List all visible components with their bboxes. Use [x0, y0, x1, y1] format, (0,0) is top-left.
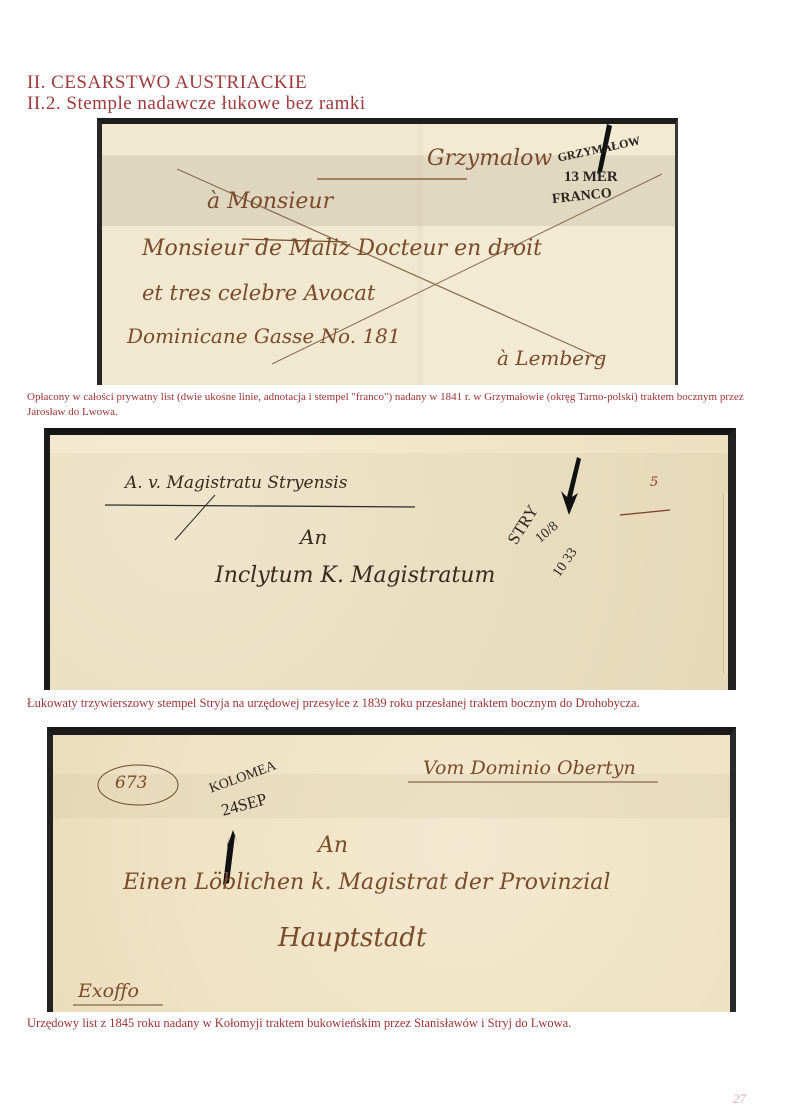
letter-image-grzymalow: Grzymalow à Monsieur Monsieur de Maliz D…	[97, 118, 678, 385]
address-line-1: An	[318, 833, 348, 858]
address-line-1: A. v. Magistratu Stryensis	[125, 473, 347, 493]
address-line-1: à Monsieur	[207, 189, 333, 214]
caption-letter-1: Opłacony w całości prywatny list (dwie u…	[27, 390, 777, 420]
address-line-2: An	[300, 525, 327, 549]
address-line-2: Einen Löblichen k. Magistrat der Provinz…	[123, 870, 610, 895]
origin-handwriting: Grzymalow	[427, 146, 552, 171]
address-line-3: Inclytum K. Magistratum	[215, 563, 495, 588]
oval-docket-number: 673	[115, 773, 147, 793]
page-number: 27	[733, 1091, 746, 1107]
section-title: II. CESARSTWO AUSTRIACKIE	[27, 72, 307, 94]
arrow-icon	[561, 457, 581, 515]
letter-image-stry: A. v. Magistratu Stryensis An Inclytum K…	[44, 428, 736, 690]
caption-letter-3: Urzędowy list z 1845 roku nadany w Kołom…	[27, 1016, 571, 1031]
address-line-2: Monsieur de Maliz Docteur en droit	[142, 236, 542, 261]
letter-image-kolomyja: 673 Vom Dominio Obertyn An Einen Löblich…	[47, 727, 736, 1012]
rate-mark: 5	[650, 475, 658, 490]
postmark-date: 13 MER	[564, 169, 618, 186]
address-line-4: Dominicane Gasse No. 181	[127, 324, 401, 348]
origin-handwriting: Vom Dominio Obertyn	[423, 757, 636, 779]
exoffo-note: Exoffo	[78, 980, 139, 1002]
subsection-title: II.2. Stemple nadawcze łukowe bez ramki	[27, 93, 366, 115]
address-line-3: Hauptstadt	[278, 923, 426, 953]
address-line-5: à Lemberg	[497, 346, 606, 370]
address-line-3: et tres celebre Avocat	[142, 281, 375, 305]
caption-letter-2: Łukowaty trzywierszowy stempel Stryja na…	[27, 696, 640, 711]
